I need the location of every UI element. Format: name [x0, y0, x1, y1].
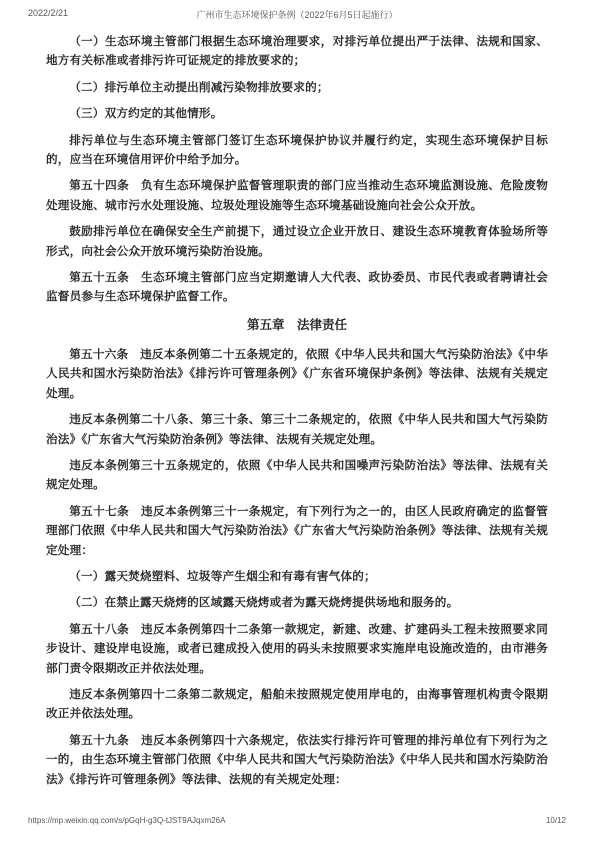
para-agreement-bonus: 排污单位与生态环境主管部门签订生态环境保护协议并履行约定，实现生态环境保护目标的… — [46, 131, 548, 170]
page-footer: https://mp.weixin.qq.com/s/pGqH-g3Q-tJST… — [28, 816, 566, 828]
page-header: 2022/2/21 广州市生态环境保护条例（2022年6月5日起施行） — [28, 8, 566, 22]
para-clause-3: （三）双方约定的其他情形。 — [46, 104, 548, 123]
footer-source-url: https://mp.weixin.qq.com/s/pGqH-g3Q-tJST… — [28, 816, 225, 825]
para-clause-2: （二）排污单位主动提出削减污染物排放要求的； — [46, 78, 548, 97]
para-article-54: 第五十四条 负有生态环境保护监督管理职责的部门应当推动生态环境监测设施、危险废物… — [46, 176, 548, 215]
para-article-56: 第五十六条 违反本条例第二十五条规定的，依照《中华人民共和国大气污染防治法》《中… — [46, 345, 548, 403]
para-article-58: 第五十八条 违反本条例第四十二条第一款规定，新建、改建、扩建码头工程未按照要求同… — [46, 620, 548, 678]
para-article-57-item-1: （一）露天焚烧塑料、垃圾等产生烟尘和有毒有害气体的； — [46, 567, 548, 586]
para-article-56-clause-3: 违反本条例第三十五条规定的，依照《中华人民共和国噪声污染防治法》等法律、法规有关… — [46, 456, 548, 495]
para-article-58-clause-2: 违反本条例第四十二条第二款规定，船舶未按照规定使用岸电的，由海事管理机构责令限期… — [46, 685, 548, 724]
para-article-57-item-2: （二）在禁止露天烧烤的区域露天烧烤或者为露天烧烤提供场地和服务的。 — [46, 593, 548, 612]
para-article-54-clause-2: 鼓励排污单位在确保安全生产前提下，通过设立企业开放日、建设生态环境教育体验场所等… — [46, 222, 548, 261]
para-article-56-clause-2: 违反本条例第二十八条、第三十条、第三十二条规定的，依照《中华人民共和国大气污染防… — [46, 410, 548, 449]
document-page: 2022/2/21 广州市生态环境保护条例（2022年6月5日起施行） （一）生… — [0, 0, 594, 841]
para-article-59: 第五十九条 违反本条例第四十六条规定，依法实行排污许可管理的排污单位有下列行为之… — [46, 731, 548, 789]
chapter-5-heading: 第五章 法律责任 — [46, 316, 548, 335]
para-clause-1: （一）生态环境主管部门根据生态环境治理要求，对排污单位提出严于法律、法规和国家、… — [46, 32, 548, 71]
para-article-57: 第五十七条 违反本条例第三十一条规定，有下列行为之一的，由区人民政府确定的监督管… — [46, 502, 548, 560]
document-content: （一）生态环境主管部门根据生态环境治理要求，对排污单位提出严于法律、法规和国家、… — [46, 32, 548, 796]
footer-page-number: 10/12 — [546, 816, 566, 825]
para-article-55: 第五十五条 生态环境主管部门应当定期邀请人大代表、政协委员、市民代表或者聘请社会… — [46, 268, 548, 307]
header-document-title: 广州市生态环境保护条例（2022年6月5日起施行） — [28, 8, 566, 21]
